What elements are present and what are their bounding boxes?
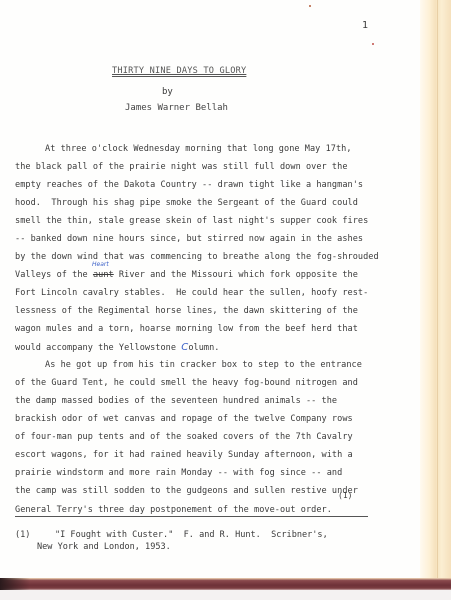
footnote-divider xyxy=(15,516,368,517)
ink-speck xyxy=(372,43,374,45)
document-title: THIRTY NINE DAYS TO GLORY xyxy=(112,66,246,76)
text-line: wagon mules and a torn, hoarse morning l… xyxy=(15,324,358,334)
footnote-reference: (1) xyxy=(338,491,352,500)
background-surface xyxy=(0,590,451,600)
text-line-corrected: would accompany the Yellowstone Column. xyxy=(15,342,220,353)
text-line: hood. Through his shag pipe smoke the Se… xyxy=(15,198,358,208)
text-segment: Valleys of the xyxy=(15,270,93,280)
book-cover-edge xyxy=(0,578,451,590)
text-segment: would accompany the Yellowstone xyxy=(15,343,181,353)
text-line: -- banked down nine hours since, but sti… xyxy=(15,234,363,244)
text-line: the damp massed bodies of the seventeen … xyxy=(15,396,337,406)
footnote-marker: (1) xyxy=(15,530,30,540)
text-line: prairie windstorm and more rain Monday -… xyxy=(15,468,342,478)
text-line: General Terry's three day postponement o… xyxy=(15,505,332,515)
text-line: lessness of the Regimental horse lines, … xyxy=(15,306,358,316)
footnote-line: "I Fought with Custer." F. and R. Hunt. … xyxy=(55,530,328,540)
ink-speck xyxy=(309,5,311,7)
text-line: of four-man pup tents and of the soaked … xyxy=(15,432,353,442)
text-line: escort wagons, for it had rained heavily… xyxy=(15,450,353,460)
text-line: smell the thin, stale grease skein of la… xyxy=(15,216,368,226)
page-stack-edge xyxy=(420,0,451,578)
text-line: As he got up from his tin cracker box to… xyxy=(45,360,362,370)
text-line: the black pall of the prairie night was … xyxy=(15,162,348,172)
text-line: the camp was still sodden to the gudgeon… xyxy=(15,486,358,496)
byline: by xyxy=(162,87,173,97)
cover-shadow xyxy=(0,578,30,590)
text-line: Fort Lincoln cavalry stables. He could h… xyxy=(15,288,368,298)
page-number: 1 xyxy=(362,20,368,31)
text-line-corrected: Valleys of the aunt River and the Missou… xyxy=(15,270,358,280)
text-line: empty reaches of the Dakota Country -- d… xyxy=(15,180,363,190)
text-segment: River and the Missouri which fork opposi… xyxy=(114,270,358,280)
text-line: of the Guard Tent, he could smell the he… xyxy=(15,378,358,388)
footnote-line: New York and London, 1953. xyxy=(37,542,171,552)
text-line: by the down wind that was commencing to … xyxy=(15,252,379,262)
handwritten-correction: Heart xyxy=(92,261,109,268)
text-segment: olumn. xyxy=(188,343,219,353)
struck-word: aunt xyxy=(93,270,114,280)
page-stack-line xyxy=(437,0,438,578)
author-name: James Warner Bellah xyxy=(125,103,228,113)
text-line: brackish odor of wet canvas and ropage o… xyxy=(15,414,353,424)
text-line: At three o'clock Wednesday morning that … xyxy=(45,144,352,154)
